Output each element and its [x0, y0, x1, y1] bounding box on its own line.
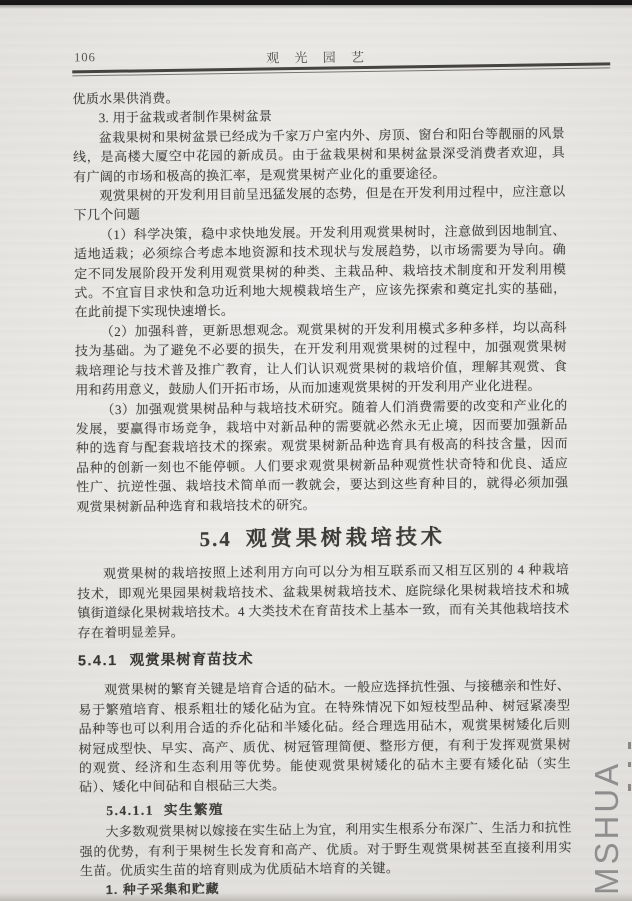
paragraph-development: 观赏果树的开发利用目前呈迅猛发展的态势，但是在开发利用过程中，应注意以下几个问题 [73, 182, 565, 226]
subsection-title: 观赏果树育苗技术 [130, 652, 254, 669]
subsubsection-number: 5.4.1.1 [106, 802, 154, 817]
paragraph-point-3: （3）加强观赏果树品种与栽培技术研究。随着人们消费需要的改变和产业化的发展，要赢… [75, 395, 568, 516]
scan-bottom-edge-shadow [0, 893, 632, 901]
scan-edge-mark [628, 784, 631, 791]
paragraph-bonsai: 盆栽果树和果树盆景已经成为千家万户室内外、房顶、窗台和阳台等靓丽的风景线，是高楼… [73, 123, 566, 186]
paragraph-point-1: （1）科学决策，稳中求快地发展。开发利用观赏果树时，注意做到因地制宜、适地适栽；… [74, 220, 567, 322]
subsection-heading-5-4-1: 5.4.1观赏果树育苗技术 [78, 648, 570, 672]
section-title: 观赏果树栽培技术 [246, 525, 446, 551]
watermark-text: MSHUA [590, 775, 624, 895]
paragraph-rootstock: 观赏果树的繁育关键是培育合适的砧木。一般应选择抗性强、与接穗亲和性好、易于繁殖培… [78, 676, 571, 797]
scanned-book-page: 106 观 光 园 艺 优质水果供消费。 3. 用于盆栽或者制作果树盆景 盆栽果… [0, 0, 632, 901]
scan-edge-mark [628, 762, 631, 767]
section-number: 5.4 [199, 527, 231, 551]
subsection-number: 5.4.1 [78, 653, 118, 669]
paragraph-seedling: 大多数观赏果树以嫁接在实生砧上为宜，利用实生根系分布深广、生活力和抗性强的优势，… [79, 818, 572, 881]
scan-top-edge-shadow [0, 5, 632, 9]
paragraph-section-intro: 观赏果树的栽培按照上述利用方向可以分为相互联系而又相互区别的 4 种栽培技术，即… [77, 560, 570, 642]
body-text-column: 优质水果供消费。 3. 用于盆栽或者制作果树盆景 盆栽果树和果树盆景已经成为千家… [72, 85, 572, 901]
scan-edge-mark [628, 742, 631, 749]
page-content: 106 观 光 园 艺 优质水果供消费。 3. 用于盆栽或者制作果树盆景 盆栽果… [72, 42, 572, 901]
subsubsection-title: 实生繁殖 [164, 802, 224, 818]
section-heading-5-4: 5.4观赏果树栽培技术 [77, 527, 569, 551]
subsubsection-heading-5-4-1-1: 5.4.1.1实生繁殖 [79, 796, 571, 820]
paragraph-point-2: （2）加强科普，更新思想观念。观赏果树的开发利用模式多种多样，均以高科技为基础。… [75, 318, 568, 400]
